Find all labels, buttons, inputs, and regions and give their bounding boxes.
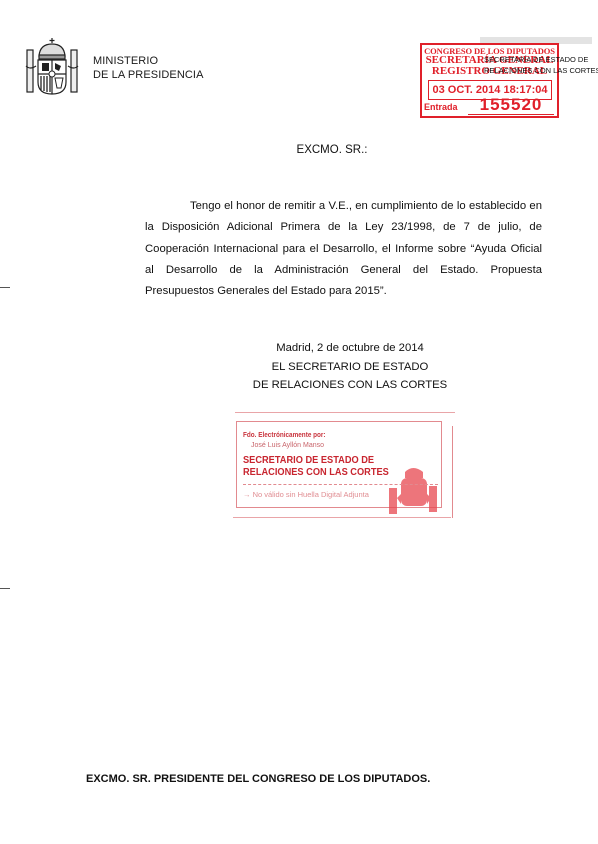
- dashed-divider: [243, 484, 438, 485]
- fold-mark: [0, 588, 10, 589]
- stamp-entry-number: 155520: [468, 96, 554, 115]
- signed-by-label: Fdo. Electrónicamente por:: [243, 430, 326, 439]
- addressee: EXCMO. SR. PRESIDENTE DEL CONGRESO DE LO…: [86, 773, 430, 785]
- fold-mark: [0, 287, 10, 288]
- coat-of-arms-icon: [22, 36, 82, 98]
- validity-notice: → No válido sin Huella Digital Adjunta: [243, 490, 369, 499]
- signer-title-2: DE RELACIONES CON LAS CORTES: [230, 376, 470, 395]
- sender-overlay-line-2: RELACIONES CON LAS CORTES: [484, 65, 598, 76]
- stamp-border: [452, 426, 453, 518]
- electronic-signature-stamp: Fdo. Electrónicamente por: José Luis Ayl…: [233, 412, 455, 518]
- signer-title-1: EL SECRETARIO DE ESTADO: [230, 358, 470, 377]
- stamp-entry-label: Entrada: [424, 102, 458, 112]
- sender-overlay-line-1: SECRETARÍA DE ESTADO DE: [484, 54, 598, 65]
- signer-position-line-2: RELACIONES CON LAS CORTES: [243, 466, 389, 478]
- ministry-name: MINISTERIO DE LA PRESIDENCIA: [93, 54, 204, 82]
- signer-name: José Luis Ayllón Manso: [251, 442, 324, 449]
- signer-position-line-1: SECRETARIO DE ESTADO DE: [243, 454, 389, 466]
- ministry-line-2: DE LA PRESIDENCIA: [93, 68, 204, 82]
- sender-overlay: SECRETARÍA DE ESTADO DE RELACIONES CON L…: [484, 54, 598, 76]
- coat-of-arms-seal-icon: [383, 464, 443, 520]
- signature-block: Madrid, 2 de octubre de 2014 EL SECRETAR…: [230, 339, 470, 395]
- place-date: Madrid, 2 de octubre de 2014: [230, 339, 470, 358]
- salutation: EXCMO. SR.:: [33, 144, 598, 156]
- letter-body: Tengo el honor de remitir a V.E., en cum…: [145, 196, 542, 302]
- signer-position: SECRETARIO DE ESTADO DE RELACIONES CON L…: [243, 454, 389, 478]
- stamp-border: [235, 412, 455, 413]
- ministry-line-1: MINISTERIO: [93, 54, 204, 68]
